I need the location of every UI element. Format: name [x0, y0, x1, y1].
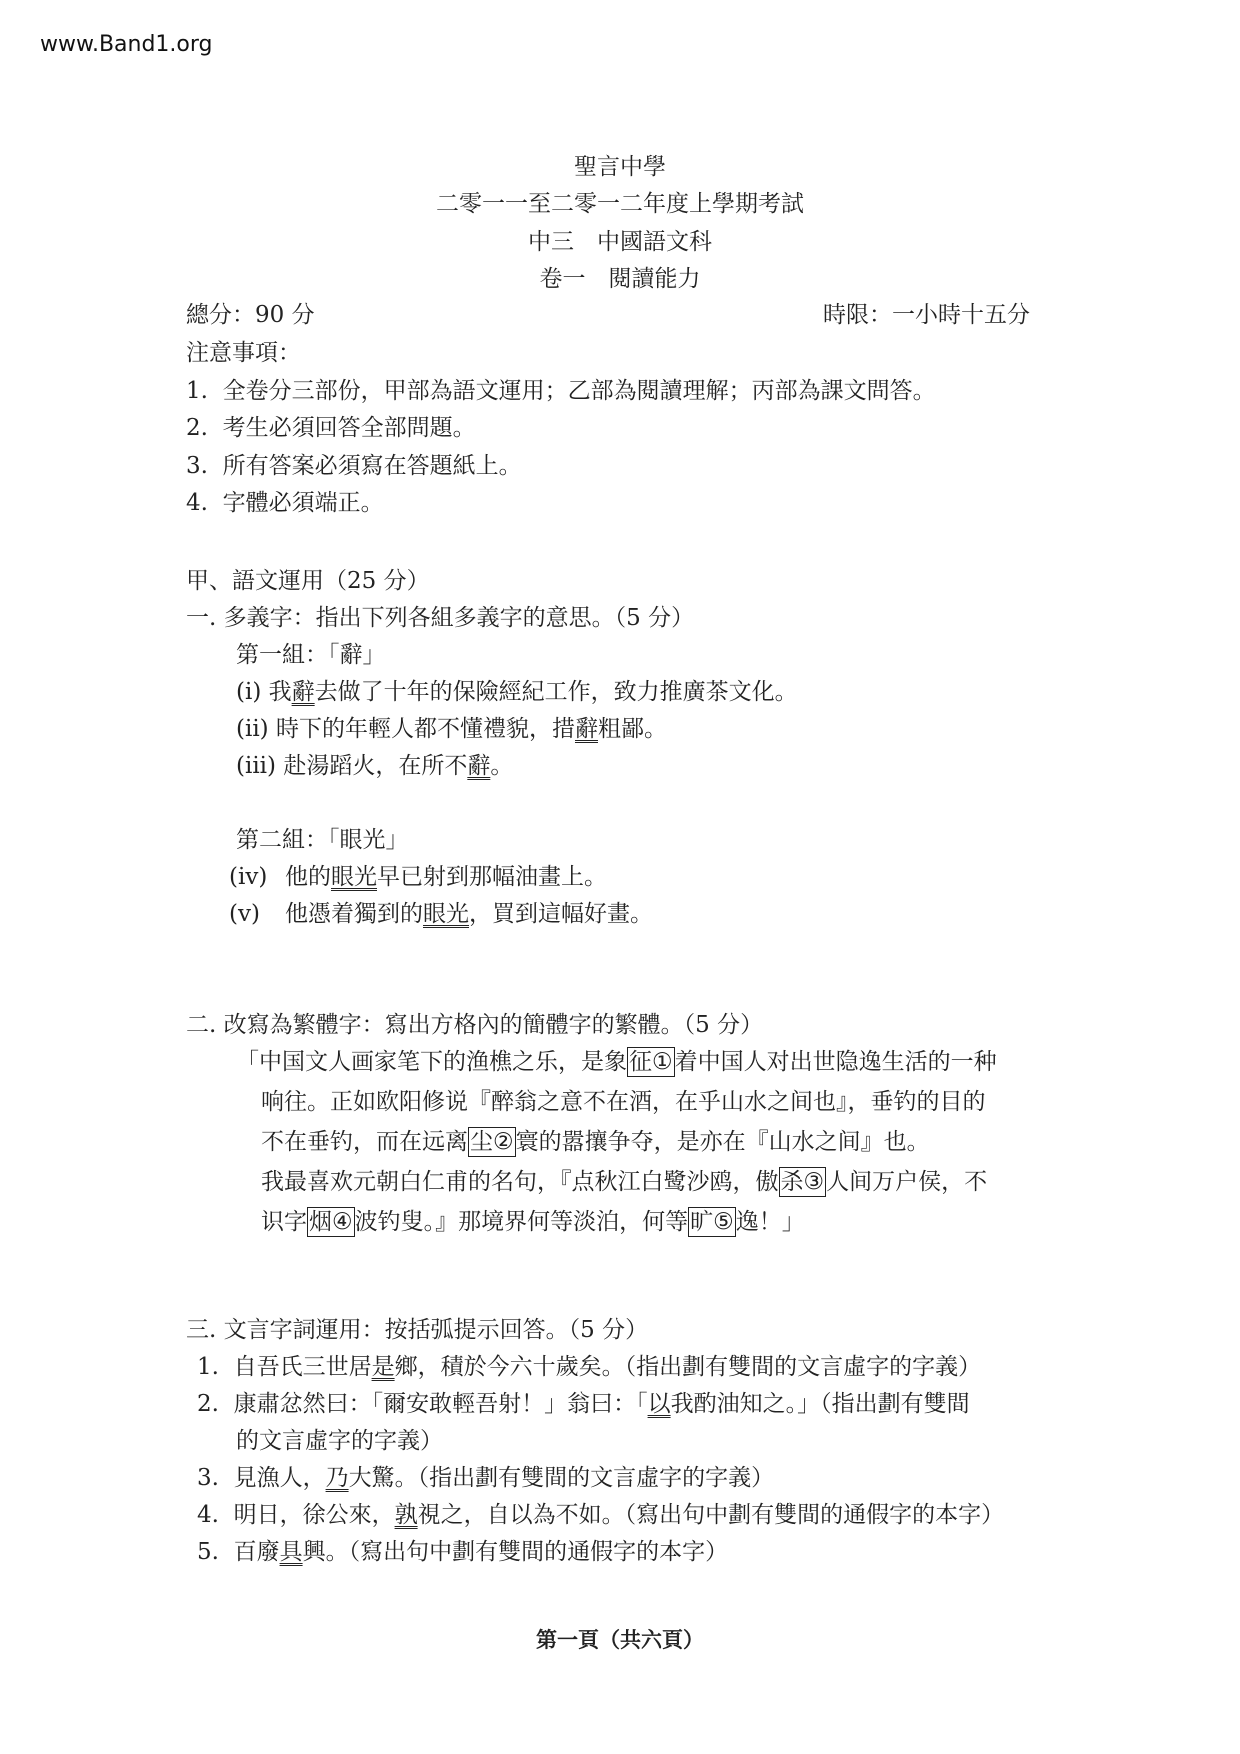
group-1-label: 第一組：「辭」 — [236, 640, 386, 670]
passage-line: 响往。正如欧阳修说『醉翁之意不在酒，在乎山水之间也』，垂钓的目的 — [261, 1087, 986, 1117]
page-number: 第一頁（共六頁） — [0, 1625, 1240, 1655]
answer-box: 烟④ — [307, 1207, 355, 1237]
notes-title: 注意事項： — [186, 338, 301, 368]
watermark: www.Band1.org — [40, 32, 213, 57]
answer-box: 旷⑤ — [688, 1207, 736, 1237]
passage-line: 我最喜欢元朝白仁甫的名句，『点秋江白鹭沙鸥，傲杀③人间万户侯，不 — [261, 1167, 987, 1197]
question-item-continuation: 的文言虛字的字義） — [236, 1426, 443, 1456]
question-item: 4. 明日，徐公來，孰視之，自以為不如。（寫出句中劃有雙間的通假字的本字） — [197, 1500, 1004, 1530]
question-item: 2. 康肅忿然曰：「爾安敢輕吾射！」翁曰：「以我酌油知之。」（指出劃有雙間 — [197, 1389, 970, 1419]
school-name: 聖言中學 — [0, 152, 1240, 182]
time-limit: 時限：一小時十五分 — [823, 300, 1030, 330]
passage-line: 「中国文人画家笔下的渔樵之乐，是象征①着中国人对出世隐逸生活的一种 — [236, 1047, 997, 1077]
group-2-label: 第二組：「眼光」 — [236, 825, 409, 855]
exam-title: 二零一一至二零一二年度上學期考試 — [0, 189, 1240, 219]
note-item: 4. 字體必須端正。 — [186, 488, 384, 518]
question-1-title: 一. 多義字：指出下列各組多義字的意思。（5 分） — [186, 603, 694, 633]
answer-box: 征① — [627, 1047, 675, 1077]
note-item: 3. 所有答案必須寫在答題紙上。 — [186, 451, 522, 481]
paper-title: 卷一 閱讀能力 — [0, 264, 1240, 294]
sentence-item: (i) 我辭去做了十年的保險經紀工作，致力推廣茶文化。 — [236, 677, 798, 707]
total-marks: 總分：90 分 — [186, 300, 315, 330]
passage-line: 识字烟④波钓叟。』那境界何等淡泊，何等旷⑤逸！」 — [261, 1207, 805, 1237]
answer-box: 尘② — [468, 1127, 516, 1157]
question-item: 5. 百廢具興。（寫出句中劃有雙間的通假字的本字） — [197, 1537, 728, 1567]
note-item: 1. 全卷分三部份，甲部為語文運用；乙部為閱讀理解；丙部為課文問答。 — [186, 376, 936, 406]
question-3-title: 三. 文言字詞運用：按括弧提示回答。（5 分） — [186, 1315, 648, 1345]
passage-line: 不在垂钓，而在远离尘②寰的嚣攘争夺，是亦在『山水之间』也。 — [261, 1127, 930, 1157]
section-title: 甲、語文運用（25 分） — [186, 566, 430, 596]
question-item: 1. 自吾氏三世居是鄉，積於今六十歲矣。（指出劃有雙間的文言虛字的字義） — [197, 1352, 981, 1382]
sentence-item: (iv)他的眼光早已射到那幅油畫上。 — [229, 862, 607, 892]
subject-title: 中三 中國語文科 — [0, 227, 1240, 257]
answer-box: 杀③ — [779, 1167, 827, 1197]
question-2-title: 二. 改寫為繁體字：寫出方格內的簡體字的繁體。（5 分） — [186, 1010, 763, 1040]
sentence-item: (ii) 時下的年輕人都不懂禮貌，措辭粗鄙。 — [236, 714, 667, 744]
sentence-item: (v)他憑着獨到的眼光，買到這幅好畫。 — [229, 899, 653, 929]
question-item: 3. 見漁人，乃大驚。（指出劃有雙間的文言虛字的字義） — [197, 1463, 774, 1493]
sentence-item: (iii) 赴湯蹈火，在所不辭。 — [236, 751, 513, 781]
note-item: 2. 考生必須回答全部問題。 — [186, 413, 476, 443]
